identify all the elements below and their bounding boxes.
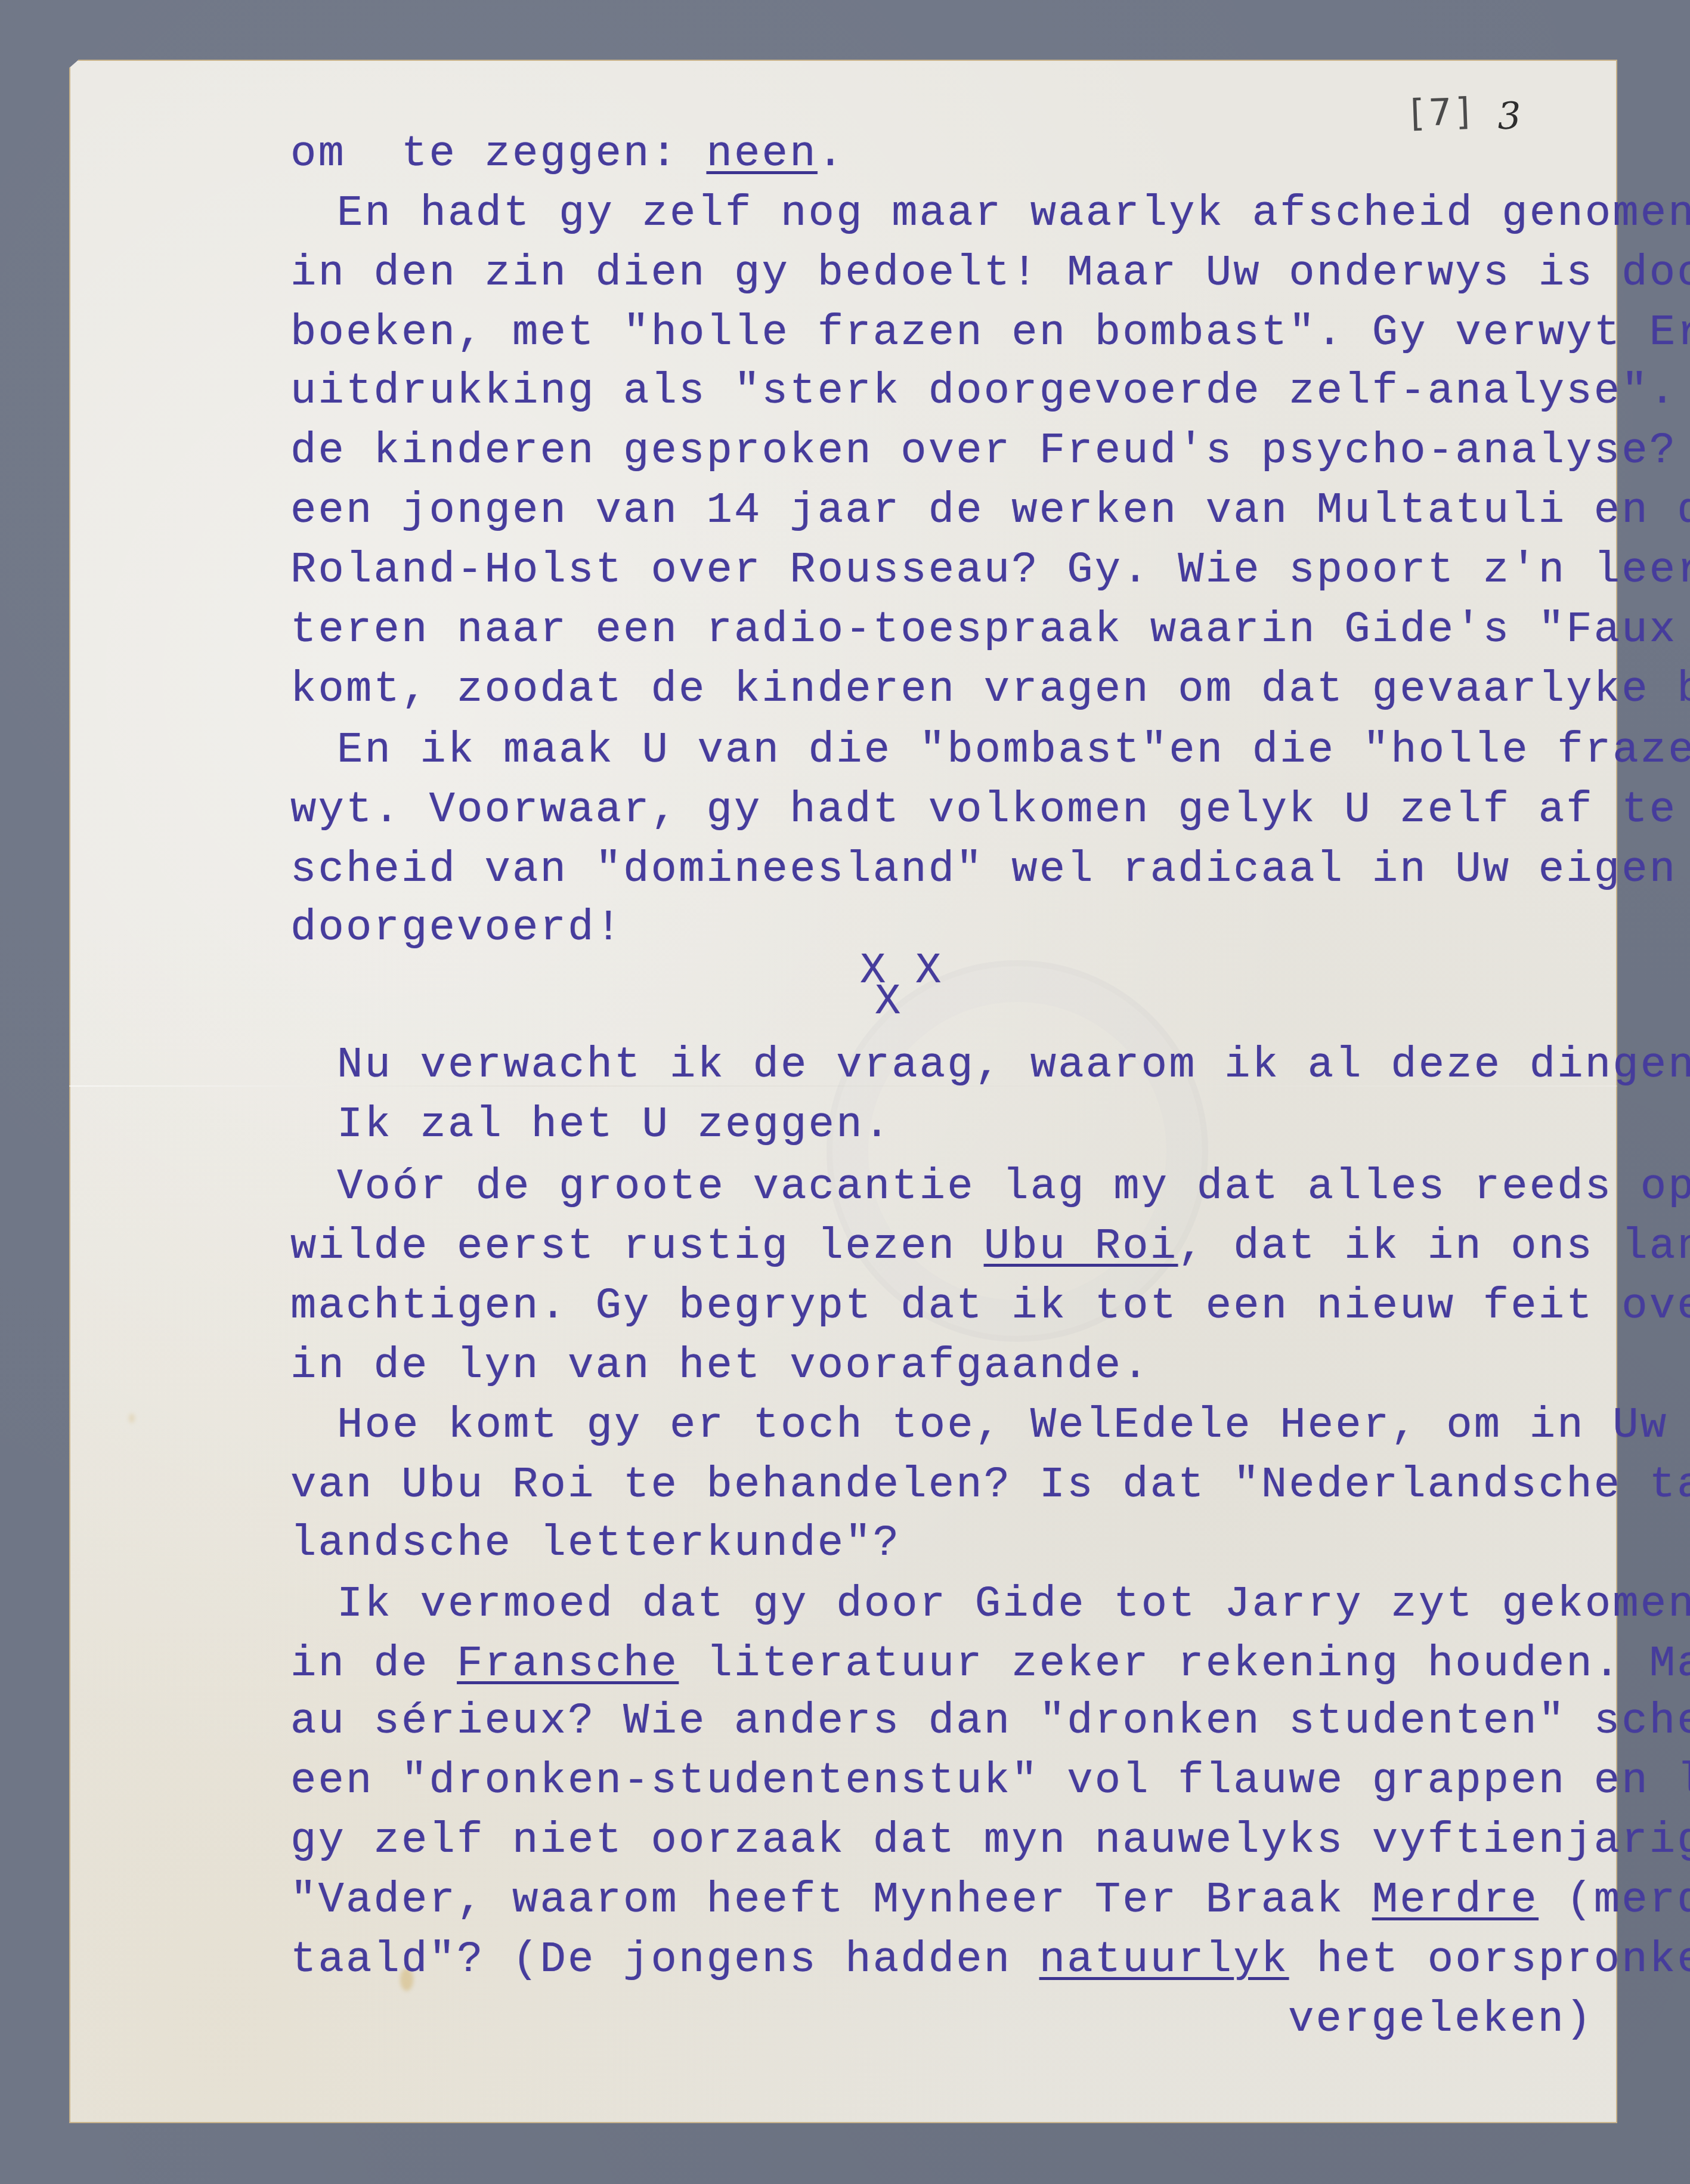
text-line: een "dronken-studentenstuk" vol flauwe g… — [290, 1757, 1690, 1805]
text-segment: in de — [290, 1639, 457, 1688]
text-line: Ik zal het U zeggen. — [337, 1101, 892, 1149]
text-line: gy zelf niet oorzaak dat myn nauwelyks v… — [290, 1817, 1690, 1864]
text-line: "Vader, waarom heeft Mynheer Ter Braak M… — [290, 1876, 1690, 1924]
text-line: En hadt gy zelf nog maar waarlyk afschei… — [337, 190, 1690, 237]
archive-folio-number: [7] — [1410, 89, 1474, 135]
text-segment: (merde) door — [1539, 1876, 1690, 1925]
text-line: Hoe komt gy er toch toe, WelEdele Heer, … — [337, 1402, 1690, 1449]
text-segment: taald"? (De jongens hadden — [290, 1935, 1039, 1984]
text-segment: En hadt gy zelf nog maar waarlyk afschei… — [337, 189, 1690, 238]
text-line: van Ubu Roi te behandelen? Is dat "Neder… — [290, 1461, 1690, 1509]
text-line: in de Fransche literatuur zeker rekening… — [290, 1640, 1690, 1688]
text-line: au sérieux? Wie anders dan "dronken stud… — [290, 1697, 1690, 1745]
text-segment: Ik zal het U zeggen. — [337, 1100, 892, 1149]
text-line: machtigen. Gy begrypt dat ik tot een nie… — [290, 1282, 1690, 1330]
text-segment: gy zelf niet oorzaak dat myn nauwelyks v… — [290, 1816, 1690, 1865]
text-line: En ik maak U van die "bombast"en die "ho… — [337, 726, 1690, 774]
page-number: 3 — [1497, 94, 1525, 138]
text-segment: teren naar een radio-toespraak waarin Gi… — [290, 605, 1690, 654]
text-segment: om te zeggen: — [290, 129, 707, 178]
underlined-text: Fransche — [457, 1639, 679, 1688]
text-segment: Voór de groote vacantie lag my dat alles… — [337, 1162, 1690, 1211]
text-line: in de lyn van het voorafgaande. — [290, 1342, 1150, 1390]
text-line: landsche letterkunde"? — [290, 1520, 900, 1567]
text-segment: Ik vermoed dat gy door Gide tot Jarry zy… — [337, 1580, 1690, 1629]
text-segment: de kinderen gesproken over Freud's psych… — [290, 426, 1690, 475]
text-segment: literatuur zeker rekening houden. Maar w… — [679, 1639, 1690, 1688]
text-segment: van Ubu Roi te behandelen? Is dat "Neder… — [290, 1461, 1690, 1509]
text-segment: . — [818, 129, 846, 178]
underlined-text: natuurlyk — [1039, 1935, 1289, 1984]
text-line: wilde eerst rustig lezen Ubu Roi, dat ik… — [290, 1223, 1690, 1270]
text-segment: vergeleken) — [1288, 1995, 1593, 2044]
text-line: Voór de groote vacantie lag my dat alles… — [337, 1163, 1690, 1211]
text-line: Ik vermoed dat gy door Gide tot Jarry zy… — [337, 1580, 1690, 1628]
text-segment: doorgevoerd! — [290, 904, 623, 952]
underlined-text: neen — [707, 129, 818, 178]
text-segment: X — [875, 977, 903, 1026]
text-segment: boeken, met "holle frazen en bombast". G… — [290, 308, 1690, 357]
text-segment: scheid van "domineesland" wel radicaal i… — [290, 845, 1690, 894]
text-line: Roland-Holst over Rousseau? Gy. Wie spoo… — [290, 546, 1690, 594]
text-segment: Roland-Holst over Rousseau? Gy. Wie spoo… — [290, 546, 1690, 595]
text-segment: komt, zoodat de kinderen vragen om dat g… — [290, 665, 1690, 714]
handwritten-page-number: [7]3 — [1410, 88, 1525, 135]
text-line: om te zeggen: neen. — [290, 130, 845, 178]
text-segment: wyt. Voorwaar, gy hadt volkomen gelyk U … — [290, 785, 1690, 834]
text-segment: in den zin dien gy bedoelt! Maar Uw onde… — [290, 249, 1690, 298]
underlined-text: Ubu Roi — [984, 1222, 1178, 1271]
text-segment: Hoe komt gy er toch toe, WelEdele Heer, … — [337, 1401, 1690, 1450]
text-segment: wilde eerst rustig lezen — [290, 1222, 984, 1271]
text-segment: een "dronken-studentenstuk" vol flauwe g… — [290, 1756, 1690, 1805]
underlined-text: Merdre — [1372, 1876, 1539, 1925]
text-line: boeken, met "holle frazen en bombast". G… — [290, 309, 1690, 357]
text-line: X — [875, 978, 903, 1026]
text-segment: "Vader, waarom heeft Mynheer Ter Braak — [290, 1876, 1372, 1925]
text-segment: machtigen. Gy begrypt dat ik tot een nie… — [290, 1282, 1690, 1331]
text-segment: au sérieux? Wie anders dan "dronken stud… — [290, 1697, 1690, 1746]
text-segment: landsche letterkunde"? — [290, 1519, 900, 1568]
text-segment: uitdrukking als "sterk doorgevoerde zelf… — [290, 367, 1690, 416]
text-line: taald"? (De jongens hadden natuurlyk het… — [290, 1936, 1690, 1984]
text-line: uitdrukking als "sterk doorgevoerde zelf… — [290, 367, 1690, 415]
text-line: komt, zoodat de kinderen vragen om dat g… — [290, 666, 1690, 713]
text-line: teren naar een radio-toespraak waarin Gi… — [290, 606, 1690, 654]
text-segment: , dat ik in ons land niet tydig kon be- — [1178, 1222, 1690, 1271]
text-segment: het oorspronkelyke met Uw vertaling — [1289, 1935, 1690, 1984]
paper-stain — [129, 1413, 135, 1423]
text-segment: een jongen van 14 jaar de werken van Mul… — [290, 486, 1690, 535]
text-line: vergeleken) — [1288, 1996, 1593, 2043]
text-line: doorgevoerd! — [290, 904, 623, 952]
text-segment: En ik maak U van die "bombast"en die "ho… — [337, 726, 1690, 775]
text-line: een jongen van 14 jaar de werken van Mul… — [290, 487, 1690, 534]
text-line: Nu verwacht ik de vraag, waarom ik al de… — [337, 1041, 1690, 1089]
text-segment: Nu verwacht ik de vraag, waarom ik al de… — [337, 1041, 1690, 1090]
text-line: in den zin dien gy bedoelt! Maar Uw onde… — [290, 249, 1690, 297]
text-line: de kinderen gesproken over Freud's psych… — [290, 427, 1690, 475]
text-segment: in de lyn van het voorafgaande. — [290, 1341, 1150, 1390]
text-line: scheid van "domineesland" wel radicaal i… — [290, 846, 1690, 893]
text-line: wyt. Voorwaar, gy hadt volkomen gelyk U … — [290, 786, 1690, 834]
